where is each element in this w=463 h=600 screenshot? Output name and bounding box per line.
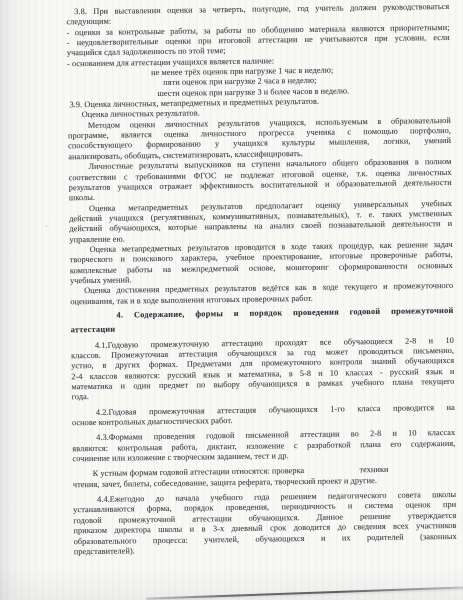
scanned-page: 3.8. При выставлении оценки за четверть,… [0,0,463,600]
document-text: 3.8. При выставлении оценки за четверть,… [0,0,463,558]
text-line: 4. Содержание, формы и порядок проведени… [70,306,453,322]
page-edge-shadow-line [146,586,463,599]
text-line: аттестации [71,320,454,336]
